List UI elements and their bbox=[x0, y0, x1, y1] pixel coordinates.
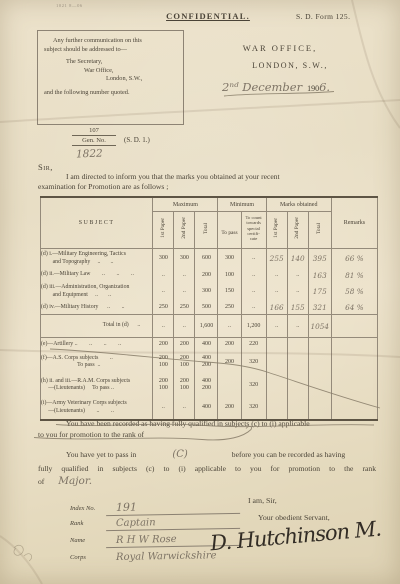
address-box-line: subject should be addressed to— bbox=[44, 46, 178, 55]
table-row: (h) ii. and iii.—R.A.M. Corps subjects —… bbox=[41, 374, 378, 397]
marks-cell bbox=[266, 374, 287, 397]
remarks-header: Remarks bbox=[331, 197, 377, 249]
remarks-cell bbox=[331, 315, 377, 338]
paragraph-text: before you can be recorded as having bbox=[232, 448, 345, 462]
marks-cell bbox=[308, 374, 331, 397]
marks-cell bbox=[218, 374, 241, 397]
marks-cell: 200 bbox=[218, 351, 241, 374]
confidential-heading: CONFIDENTIAL. bbox=[150, 11, 266, 21]
address-instruction-box: Any further communication on this subjec… bbox=[37, 30, 184, 125]
table-row: (e)—Artillery .. .. .. ..200200400200220 bbox=[41, 338, 378, 351]
marks-table-body: (d) i.—Military Engineering, Tactics and… bbox=[41, 249, 378, 420]
col-header-total: Total bbox=[308, 212, 331, 249]
col-header-1st-paper: 1st Paper bbox=[153, 212, 174, 249]
marks-cell bbox=[266, 351, 287, 374]
marks-cell: .. bbox=[266, 282, 287, 302]
table-row: (i)—Army Veterinary Corps subjects —(Lie… bbox=[41, 397, 378, 420]
paragraph-text: of bbox=[38, 477, 44, 486]
remarks-cell: 81 % bbox=[331, 269, 377, 282]
remarks-cell: 66 % bbox=[331, 249, 377, 269]
remarks-cell bbox=[331, 374, 377, 397]
marks-cell: 400200 bbox=[195, 374, 218, 397]
subject-cell: (d) iii.—Administration, Organization an… bbox=[41, 282, 153, 302]
marks-cell: 200 bbox=[153, 338, 174, 351]
marks-cell: 150 bbox=[218, 282, 241, 302]
subject-cell: (f)—A.S. Corps subjects .. To pass .. bbox=[41, 351, 153, 374]
marks-cell bbox=[287, 374, 308, 397]
subject-header: SUBJECT bbox=[41, 197, 153, 249]
table-row: Total in (d) ......1,600..1,200....1054 bbox=[41, 315, 378, 338]
handwritten-year-digit: 6. bbox=[319, 80, 330, 94]
marks-cell bbox=[308, 338, 331, 351]
field-label: Index No. bbox=[70, 505, 106, 512]
marks-cell: .. bbox=[174, 282, 195, 302]
handwritten-rank: Major. bbox=[58, 475, 92, 487]
field-label: Rank bbox=[70, 520, 106, 527]
marks-cell bbox=[266, 397, 287, 420]
marks-cell: 200 bbox=[195, 269, 218, 282]
remarks-cell: 58 % bbox=[331, 282, 377, 302]
salutation: Sir, bbox=[38, 162, 53, 172]
marks-table: SUBJECT Maximum Minimum Marks obtained R… bbox=[40, 196, 378, 421]
marks-cell: 200100 bbox=[174, 374, 195, 397]
marks-cell: 250 bbox=[218, 302, 241, 315]
address-box-line: War Office, bbox=[44, 67, 178, 76]
intro-paragraph: I am directed to inform you that the mar… bbox=[38, 172, 374, 192]
marks-cell: 155 bbox=[287, 302, 308, 315]
subject-cell: (d) i.—Military Engineering, Tactics and… bbox=[41, 249, 153, 269]
marks-cell: 200100 bbox=[174, 351, 195, 374]
marks-cell: .. bbox=[287, 269, 308, 282]
ref-form: (S. D. 1.) bbox=[124, 136, 150, 144]
col-header-total: Total bbox=[195, 212, 218, 249]
col-header-to-pass: To pass bbox=[218, 212, 241, 249]
marks-cell: .. bbox=[287, 315, 308, 338]
marks-cell: .. bbox=[153, 269, 174, 282]
marks-cell bbox=[287, 351, 308, 374]
subject-cell: (e)—Artillery .. .. .. .. bbox=[41, 338, 153, 351]
print-code: 1021 8—06 bbox=[56, 3, 83, 8]
maximum-header: Maximum bbox=[153, 197, 218, 212]
marks-cell: 200 bbox=[218, 397, 241, 420]
reference-block: 107 Gen. No. bbox=[72, 127, 116, 146]
handwritten-case-number: 1822 bbox=[76, 148, 103, 161]
address-box-line: and the following number quoted. bbox=[44, 89, 178, 98]
marks-cell: 320 bbox=[241, 374, 266, 397]
marks-cell: .. bbox=[174, 269, 195, 282]
remarks-cell: 64 % bbox=[331, 302, 377, 315]
war-office-heading: WAR OFFICE, bbox=[205, 43, 355, 53]
field-rank: RankCaptain bbox=[70, 517, 240, 530]
ref-label: Gen. No. bbox=[72, 136, 116, 146]
intro-line: I am directed to inform you that the mar… bbox=[38, 172, 374, 182]
field-index-no: Index No.191 bbox=[70, 500, 240, 515]
struck-line: You have been recorded as having fully q… bbox=[38, 418, 376, 429]
ref-number: 107 bbox=[72, 127, 116, 136]
subject-cell: (h) ii. and iii.—R.A.M. Corps subjects —… bbox=[41, 374, 153, 397]
minimum-header: Minimum bbox=[218, 197, 266, 212]
field-label: Corps bbox=[70, 554, 106, 561]
marks-cell: 200 bbox=[174, 338, 195, 351]
subject-cell: Total in (d) .. bbox=[41, 315, 153, 338]
remarks-cell bbox=[331, 338, 377, 351]
col-header-2nd-paper: 2nd Paper bbox=[174, 212, 195, 249]
date-line: 2ⁿᵈ December1906. bbox=[222, 78, 382, 96]
scanned-letter: 1021 8—06 CONFIDENTIAL. S. D. Form 125. … bbox=[0, 0, 400, 584]
marks-cell: 200100 bbox=[153, 351, 174, 374]
marks-cell: .. bbox=[174, 397, 195, 420]
marks-cell: .. bbox=[266, 269, 287, 282]
marks-cell: .. bbox=[241, 249, 266, 269]
address-box-line: London, S.W., bbox=[44, 75, 178, 84]
marks-cell: .. bbox=[241, 282, 266, 302]
marks-cell: 255 bbox=[266, 249, 287, 269]
marks-cell: .. bbox=[266, 315, 287, 338]
corner-pencil-scribble bbox=[14, 545, 32, 561]
marks-cell: 600 bbox=[195, 249, 218, 269]
marks-cell: .. bbox=[153, 397, 174, 420]
marks-cell bbox=[287, 397, 308, 420]
marks-cell: 220 bbox=[241, 338, 266, 351]
table-row: (d) ii.—Military Law .. .. ......200100.… bbox=[41, 269, 378, 282]
table-row: (d) iv.—Military History .. ..2502505002… bbox=[41, 302, 378, 315]
marks-cell: 300 bbox=[195, 282, 218, 302]
table-row: (d) iii.—Administration, Organization an… bbox=[41, 282, 378, 302]
marks-cell: 140 bbox=[287, 249, 308, 269]
marks-cell: 166 bbox=[266, 302, 287, 315]
qualification-paragraph: You have yet to pass in (C) before you c… bbox=[38, 448, 376, 489]
marks-cell: 250 bbox=[174, 302, 195, 315]
marks-cell: 200 bbox=[218, 338, 241, 351]
marks-cell: 300 bbox=[174, 249, 195, 269]
marks-cell: .. bbox=[218, 315, 241, 338]
col-header-2nd-paper: 2nd Paper bbox=[287, 212, 308, 249]
field-label: Name bbox=[70, 537, 106, 544]
struck-line: to you for promotion to the rank of bbox=[38, 429, 376, 440]
address-box-line: Any further communication on this bbox=[44, 37, 178, 46]
marks-cell: 100 bbox=[218, 269, 241, 282]
marks-cell: 163 bbox=[308, 269, 331, 282]
table-row: (f)—A.S. Corps subjects .. To pass ..200… bbox=[41, 351, 378, 374]
marks-cell bbox=[308, 351, 331, 374]
marks-cell: 300 bbox=[218, 249, 241, 269]
marks-cell: 200100 bbox=[153, 374, 174, 397]
marks-cell bbox=[308, 397, 331, 420]
remarks-cell bbox=[331, 351, 377, 374]
paragraph-text: fully qualified in subjects (c) to (i) a… bbox=[38, 462, 376, 476]
marks-cell: .. bbox=[153, 282, 174, 302]
table-row: (d) i.—Military Engineering, Tactics and… bbox=[41, 249, 378, 269]
london-line: LONDON, S.W., bbox=[215, 61, 365, 70]
closing-line: Your obedient Servant, bbox=[258, 513, 330, 522]
subject-cell: (d) ii.—Military Law .. .. .. bbox=[41, 269, 153, 282]
struck-paragraph: You have been recorded as having fully q… bbox=[38, 418, 376, 440]
marks-cell: 300 bbox=[153, 249, 174, 269]
address-box-line: The Secretary, bbox=[44, 58, 178, 67]
marks-cell: 500 bbox=[195, 302, 218, 315]
marks-cell: .. bbox=[174, 315, 195, 338]
marks-cell: 1,200 bbox=[241, 315, 266, 338]
remarks-cell bbox=[331, 397, 377, 420]
marks-cell: .. bbox=[241, 302, 266, 315]
marks-cell: 400 bbox=[195, 397, 218, 420]
paragraph-text: You have yet to pass in bbox=[38, 448, 136, 462]
printed-year: 190 bbox=[307, 84, 319, 93]
marks-cell: .. bbox=[153, 315, 174, 338]
marks-cell: 175 bbox=[308, 282, 331, 302]
handwritten-rank-value: Captain bbox=[106, 516, 240, 531]
intro-line: examination for Promotion are as follows… bbox=[38, 182, 374, 192]
marks-cell: .. bbox=[287, 282, 308, 302]
col-header-1st-paper: 1st Paper bbox=[266, 212, 287, 249]
subject-cell: (i)—Army Veterinary Corps subjects —(Lie… bbox=[41, 397, 153, 420]
col-header-special-certificate: To count towards special certifi- cate bbox=[241, 212, 266, 249]
marks-cell: 395 bbox=[308, 249, 331, 269]
marks-cell: .. bbox=[241, 269, 266, 282]
marks-cell: 320 bbox=[241, 397, 266, 420]
marks-cell bbox=[266, 338, 287, 351]
handwritten-index-no: 191 bbox=[106, 499, 240, 516]
marks-cell: 321 bbox=[308, 302, 331, 315]
marks-cell: 400 bbox=[195, 338, 218, 351]
marks-cell: 1,600 bbox=[195, 315, 218, 338]
marks-cell: 400200 bbox=[195, 351, 218, 374]
subject-cell: (d) iv.—Military History .. .. bbox=[41, 302, 153, 315]
form-number: S. D. Form 125. bbox=[296, 12, 350, 21]
marks-obtained-header: Marks obtained bbox=[266, 197, 331, 212]
marks-cell: 1054 bbox=[308, 315, 331, 338]
handwritten-subject-c: (C) bbox=[172, 448, 187, 462]
marks-cell: 320 bbox=[241, 351, 266, 374]
handwritten-date: 2ⁿᵈ December bbox=[222, 80, 302, 94]
marks-cell bbox=[287, 338, 308, 351]
closing-line: I am, Sir, bbox=[248, 496, 277, 505]
marks-cell: 250 bbox=[153, 302, 174, 315]
